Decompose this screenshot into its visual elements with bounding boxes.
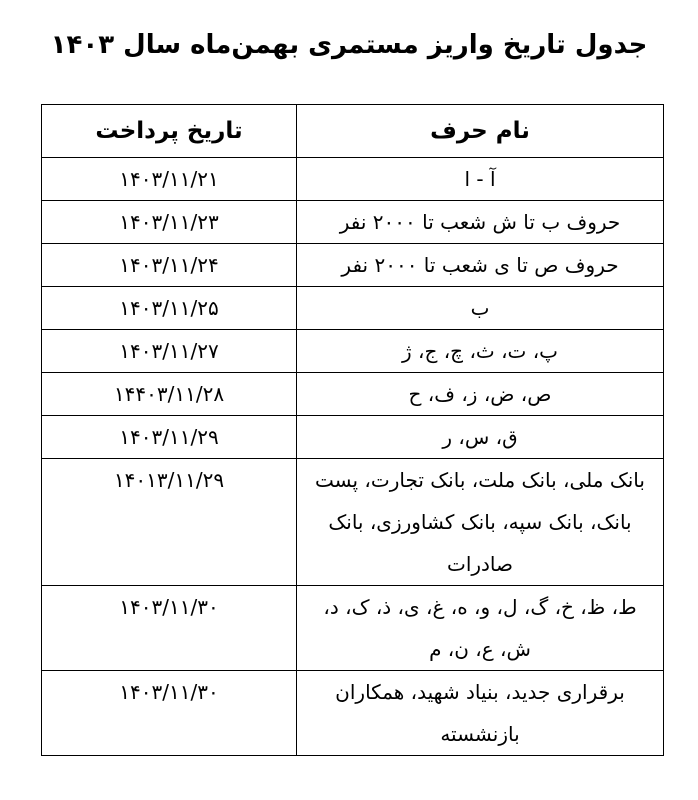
table-row: ب۱۴۰۳/۱۱/۲۵	[42, 287, 664, 330]
payment-date-cell: ۱۴۰۳/۱۱/۲۹	[42, 416, 297, 459]
payment-date-cell: ۱۴۰۱۳/۱۱/۲۹	[42, 459, 297, 586]
payment-date-cell: ۱۴۰۳/۱۱/۲۱	[42, 158, 297, 201]
payment-date-cell: ۱۴۰۳/۱۱/۲۴	[42, 244, 297, 287]
table-header: نام حرف تاریخ پرداخت	[42, 105, 664, 158]
table-row: بانک ملی، بانک ملت، بانک تجارت، پست بانک…	[42, 459, 664, 586]
table-body: آ - ا۱۴۰۳/۱۱/۲۱حروف ب تا ش شعب تا ۲۰۰۰ ن…	[42, 158, 664, 756]
letter-name-cell: بانک ملی، بانک ملت، بانک تجارت، پست بانک…	[297, 459, 664, 586]
letter-name-cell: ط، ظ، خ، گ، ل، و، ه، غ، ی، ذ، ک، د، ش، ع…	[297, 586, 664, 671]
letter-name-cell: حروف ب تا ش شعب تا ۲۰۰۰ نفر	[297, 201, 664, 244]
letter-name-cell: ب	[297, 287, 664, 330]
letter-name-cell: ص، ض، ز، ف، ح	[297, 373, 664, 416]
payment-date-cell: ۱۴۰۳/۱۱/۳۰	[42, 586, 297, 671]
payment-date-cell: ۱۴۰۳/۱۱/۳۰	[42, 671, 297, 756]
letter-name-cell: پ، ت، ث، چ، ج، ژ	[297, 330, 664, 373]
table-row: پ، ت، ث، چ، ج، ژ۱۴۰۳/۱۱/۲۷	[42, 330, 664, 373]
header-row: نام حرف تاریخ پرداخت	[42, 105, 664, 158]
page-title: جدول تاریخ واریز مستمری بهمن‌ماه سال ۱۴۰…	[0, 0, 698, 60]
payment-date-cell: ۱۴۰۳/۱۱/۲۳	[42, 201, 297, 244]
table-row: ص، ض، ز، ف، ح۱۴۴۰۳/۱۱/۲۸	[42, 373, 664, 416]
table-row: برقراری جدید، بنیاد شهید، همکاران بازنشس…	[42, 671, 664, 756]
payment-date-cell: ۱۴۰۳/۱۱/۲۷	[42, 330, 297, 373]
header-payment-date: تاریخ پرداخت	[42, 105, 297, 158]
payment-schedule-table: نام حرف تاریخ پرداخت آ - ا۱۴۰۳/۱۱/۲۱حروف…	[41, 104, 664, 756]
header-letter-name: نام حرف	[297, 105, 664, 158]
page: جدول تاریخ واریز مستمری بهمن‌ماه سال ۱۴۰…	[0, 0, 698, 800]
letter-name-cell: ق، س، ر	[297, 416, 664, 459]
table-row: آ - ا۱۴۰۳/۱۱/۲۱	[42, 158, 664, 201]
table-row: ق، س، ر۱۴۰۳/۱۱/۲۹	[42, 416, 664, 459]
table-row: حروف ص تا ی شعب تا ۲۰۰۰ نفر۱۴۰۳/۱۱/۲۴	[42, 244, 664, 287]
payment-date-cell: ۱۴۴۰۳/۱۱/۲۸	[42, 373, 297, 416]
table-row: حروف ب تا ش شعب تا ۲۰۰۰ نفر۱۴۰۳/۱۱/۲۳	[42, 201, 664, 244]
letter-name-cell: حروف ص تا ی شعب تا ۲۰۰۰ نفر	[297, 244, 664, 287]
table-row: ط، ظ، خ، گ، ل، و، ه، غ، ی، ذ، ک، د، ش، ع…	[42, 586, 664, 671]
letter-name-cell: آ - ا	[297, 158, 664, 201]
letter-name-cell: برقراری جدید، بنیاد شهید، همکاران بازنشس…	[297, 671, 664, 756]
payment-date-cell: ۱۴۰۳/۱۱/۲۵	[42, 287, 297, 330]
